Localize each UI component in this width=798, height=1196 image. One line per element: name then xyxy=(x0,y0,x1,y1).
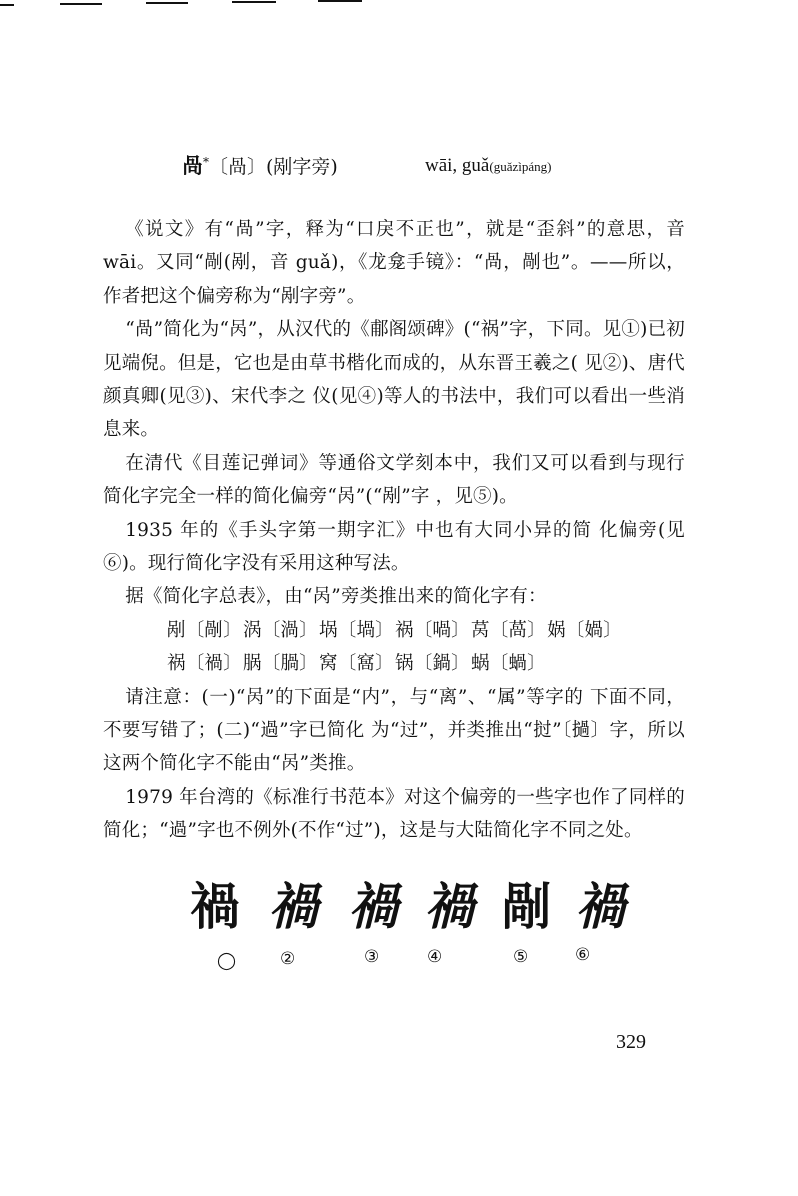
entry-pinyin-name: (guǎzìpáng) xyxy=(489,159,551,174)
scan-artifact-line xyxy=(318,0,362,2)
marker-5: ⑤ xyxy=(513,946,528,968)
entry-star: * xyxy=(203,155,209,169)
paragraph: 请注意：(一)“呙”的下面是“内”，与“离”、“属”等字的 下面不同，不要写错了… xyxy=(103,681,685,781)
paragraph: 1935 年的《手头字第一期字汇》中也有大同小异的简 化偏旁(见⑥)。现行简化字… xyxy=(103,514,685,581)
calligraphy-sample-3: 禍 xyxy=(348,877,398,937)
scan-artifact-line xyxy=(146,2,188,4)
marker-3: ③ xyxy=(364,946,379,968)
calligraphy-sample-2: 禍 xyxy=(268,877,318,937)
marker-6: ⑥ xyxy=(575,944,590,966)
paragraph: 《说文》有“咼”字，释为“口戾不正也”，就是“歪斜”的意思，音wāi。又同“剮(… xyxy=(103,213,685,313)
marker-4: ④ xyxy=(427,946,442,968)
char-pair: 脶〔腡〕 xyxy=(243,647,319,680)
marker-1: ◯ xyxy=(217,950,236,972)
char-pair: 祸〔喎〕 xyxy=(395,614,471,647)
body-text: 《说文》有“咼”字，释为“口戾不正也”，就是“歪斜”的意思，音wāi。又同“剮(… xyxy=(103,213,685,848)
paragraph: 在清代《目莲记弹词》等通俗文学刻本中，我们又可以看到与现行简化字完全一样的简化偏… xyxy=(103,447,685,514)
entry-pinyin: wāi, guǎ(guǎzìpáng) xyxy=(425,150,551,183)
paragraph: 1979 年台湾的《标准行书范本》对这个偏旁的一些字也作了同样的简化；“過”字也… xyxy=(103,781,685,848)
char-pair: 娲〔媧〕 xyxy=(547,614,623,647)
char-pair: 窝〔窩〕 xyxy=(319,647,395,680)
calligraphy-sample-1: 禍 xyxy=(190,877,240,937)
paragraph: 据《简化字总表》，由“呙”旁类推出来的简化字有： xyxy=(103,580,685,613)
simplified-char-list: 剐〔剮〕 涡〔渦〕 埚〔堝〕 祸〔喎〕 莴〔萵〕 娲〔媧〕 祸〔禍〕 脶〔腡〕 … xyxy=(103,614,685,681)
scan-artifact-line xyxy=(0,4,14,6)
char-row: 祸〔禍〕 脶〔腡〕 窝〔窩〕 锅〔鍋〕 蜗〔蝸〕 xyxy=(167,647,685,680)
char-pair: 锅〔鍋〕 xyxy=(395,647,471,680)
entry-heading: 咼*〔咼〕(剐字旁) wāi, guǎ(guǎzìpáng) xyxy=(182,150,602,182)
char-pair: 蜗〔蝸〕 xyxy=(471,647,547,680)
char-pair: 莴〔萵〕 xyxy=(471,614,547,647)
char-pair: 剐〔剮〕 xyxy=(167,614,243,647)
calligraphy-sample-5: 剮 xyxy=(502,877,552,937)
scan-artifact-line xyxy=(60,3,102,5)
char-row: 剐〔剮〕 涡〔渦〕 埚〔堝〕 祸〔喎〕 莴〔萵〕 娲〔媧〕 xyxy=(167,614,685,647)
calligraphy-markers: ◯ ② ③ ④ ⑤ ⑥ xyxy=(0,944,798,974)
char-pair: 涡〔渦〕 xyxy=(243,614,319,647)
entry-traditional: 〔咼〕 xyxy=(209,156,266,178)
calligraphy-sample-4: 禍 xyxy=(424,877,474,937)
char-pair: 祸〔禍〕 xyxy=(167,647,243,680)
calligraphy-sample-6: 禍 xyxy=(575,877,625,937)
entry-name: (剐字旁) xyxy=(266,156,338,178)
char-pair: 埚〔堝〕 xyxy=(319,614,395,647)
entry-pinyin-reading: wāi, guǎ xyxy=(425,155,489,176)
marker-2: ② xyxy=(280,948,295,970)
entry-glyph: 咼 xyxy=(182,153,203,178)
paragraph: “咼”简化为“呙”，从汉代的《郙阁颂碑》(“祸”字，下同。见①)已初见端倪。但是… xyxy=(103,313,685,447)
page-number: 329 xyxy=(616,1031,646,1054)
scan-artifact-line xyxy=(232,1,276,3)
calligraphy-figure: 禍 禍 禍 禍 剮 禍 xyxy=(190,872,630,942)
